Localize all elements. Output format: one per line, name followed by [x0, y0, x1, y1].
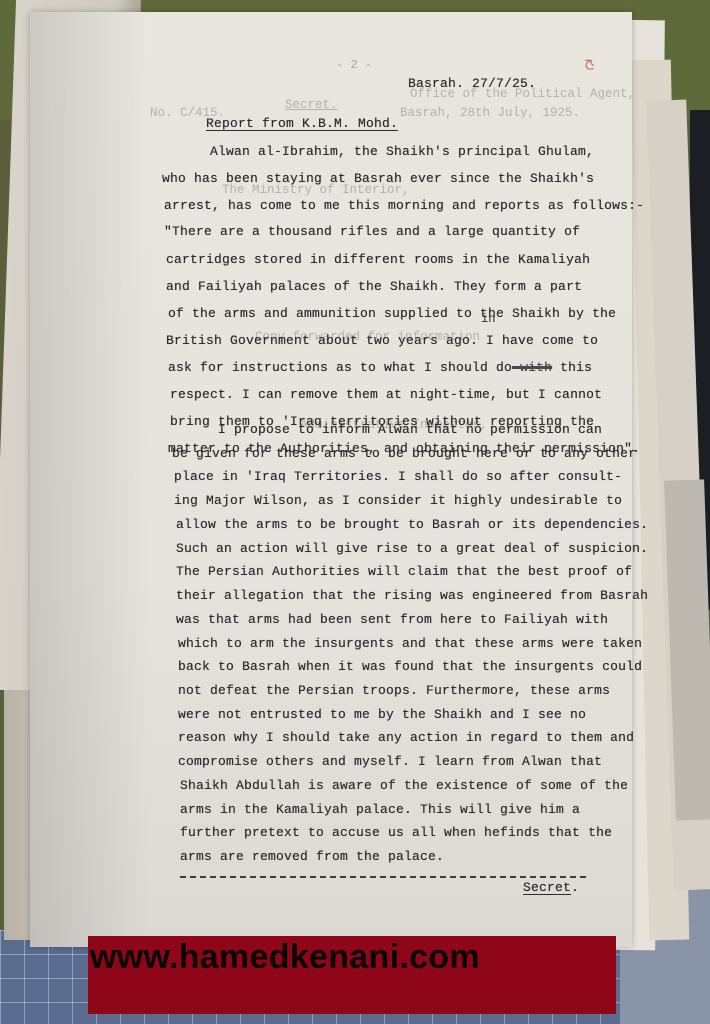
paragraph-line: Such an action will give rise to a great… [176, 541, 648, 556]
watermark-url: www.hamedkenani.com [90, 938, 480, 977]
paragraph-line: and Failiyah palaces of the Shaikh. They… [166, 279, 582, 294]
classification-text: Secret [523, 880, 571, 895]
paragraph-line: arrest, has come to me this morning and … [164, 198, 644, 213]
report-title: Report from K.B.M. Mohd. [206, 116, 398, 131]
paragraph-line: "There are a thousand rifles and a large… [164, 224, 580, 239]
page-number: - 2 - [336, 58, 372, 72]
paragraph-line: allow the arms to be brought to Basrah o… [176, 517, 648, 532]
paragraph-line: further pretext to accuse us all when he… [180, 825, 612, 840]
paragraph-line: were not entrusted to me by the Shaikh a… [178, 707, 586, 722]
paragraph-line: The Persian Authorities will claim that … [176, 564, 632, 579]
paragraph-line: who has been staying at Basrah ever sinc… [162, 171, 594, 186]
line-tail: this [552, 360, 592, 375]
classification-label: Secret. [523, 880, 579, 895]
paragraph-line: not defeat the Persian troops. Furthermo… [178, 683, 610, 698]
paragraph-line: place in 'Iraq Territories. I shall do s… [174, 469, 622, 484]
paragraph-line: compromise others and myself. I learn fr… [178, 754, 602, 769]
paragraph-line: arms in the Kamaliyah palace. This will … [180, 802, 580, 817]
paragraph-line: I propose to inform Alwan that no permis… [218, 422, 602, 437]
page-curl-shadow [30, 12, 150, 947]
paragraph-line: of the arms and ammunition supplied to t… [168, 306, 616, 321]
place-date: Basrah. 27/7/25. [408, 76, 536, 91]
paragraph-line: was that arms had been sent from here to… [176, 612, 608, 627]
paragraph-line: Shaikh Abdullah is aware of the existenc… [180, 778, 628, 793]
red-ink-annotation: ﺢ [584, 52, 594, 70]
struck-word: with [512, 360, 552, 375]
paragraph-line: ask for instructions as to what I should… [168, 360, 592, 375]
handtyped-insertion: in [481, 312, 495, 326]
dashed-separator [180, 876, 586, 878]
classification-suffix: . [571, 880, 579, 895]
paragraph-line: their allegation that the rising was eng… [176, 588, 648, 603]
paragraph-line: be given for these arms to be brought he… [172, 446, 636, 461]
bleed-secret-label: Secret. [285, 98, 338, 112]
paragraph-line: which to arm the insurgents and that the… [178, 636, 642, 651]
paragraph-line: reason why I should take any action in r… [178, 730, 634, 745]
paragraph-line: Alwan al-Ibrahim, the Shaikh's principal… [210, 144, 594, 159]
paragraph-line: British Government about two years ago. … [166, 333, 598, 348]
paragraph-line: back to Basrah when it was found that th… [178, 659, 642, 674]
paragraph-line: arms are removed from the palace. [180, 849, 444, 864]
paragraph-line: ing Major Wilson, as I consider it highl… [174, 493, 622, 508]
paragraph-line: respect. I can remove them at night-time… [170, 387, 602, 402]
paragraph-line: cartridges stored in different rooms in … [166, 252, 590, 267]
bleed-date: Basrah, 28th July, 1925. [400, 106, 580, 120]
